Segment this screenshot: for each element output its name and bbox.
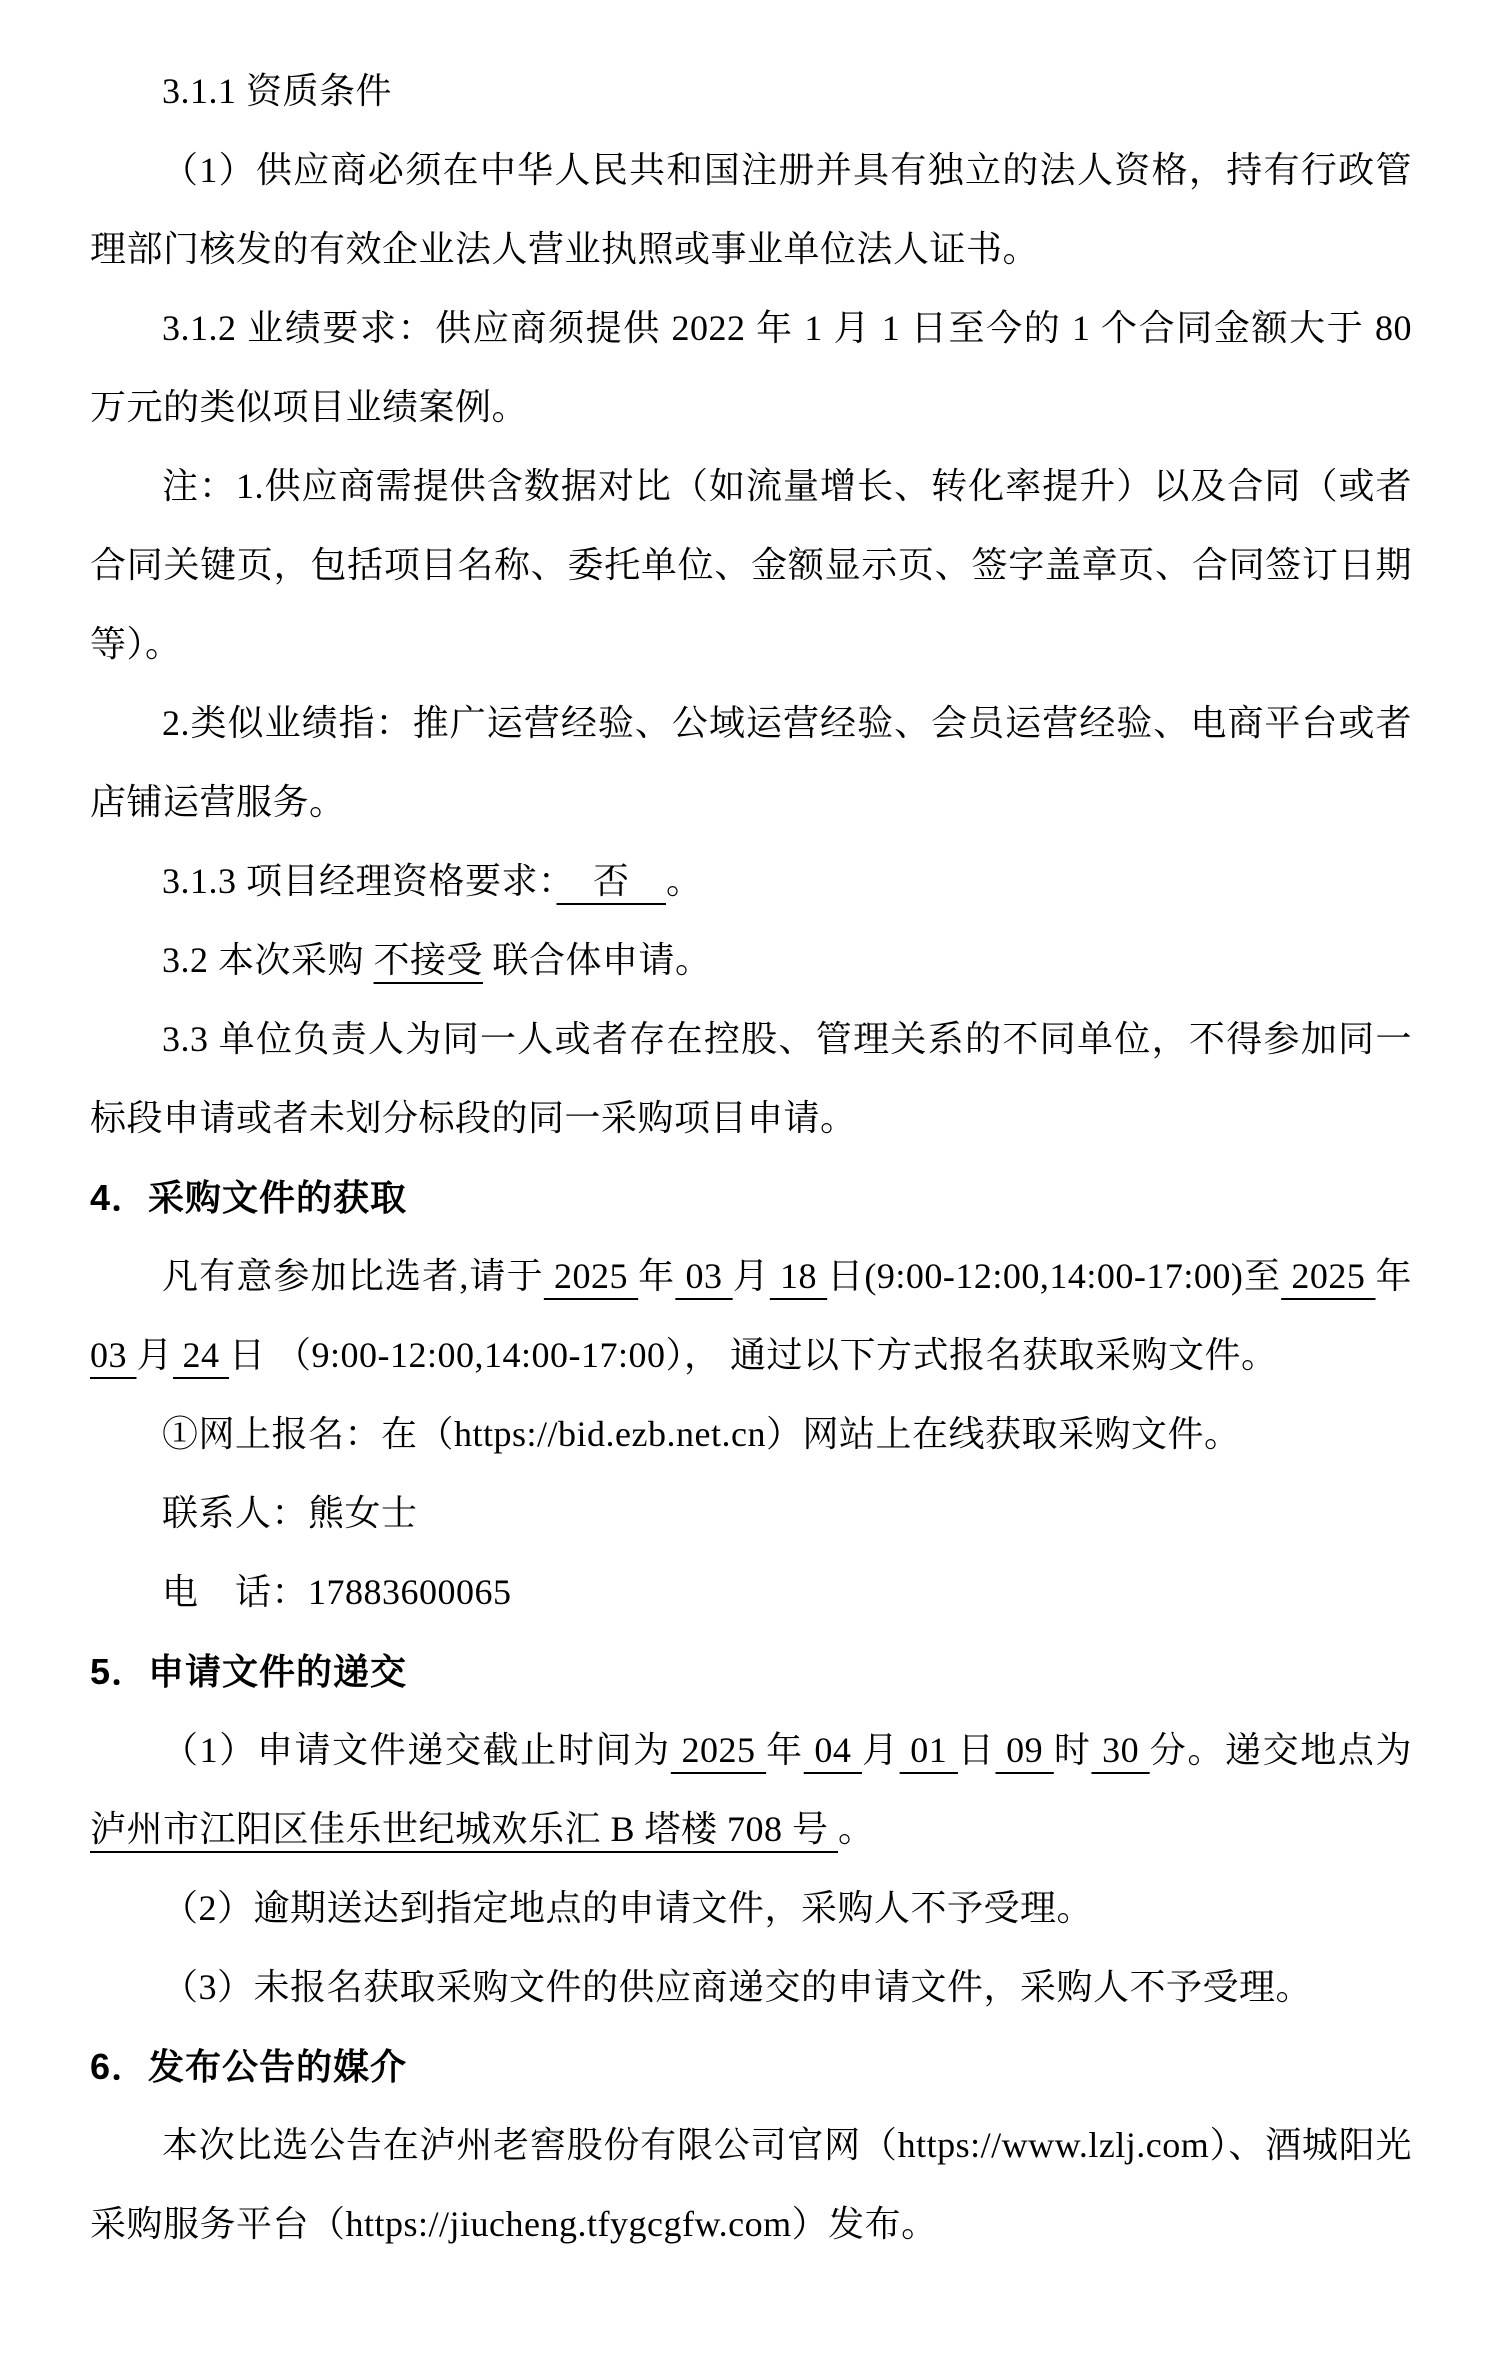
text-run: 3.1.2 业绩要求：供应商须提供 2022 年 1 月 1 日至今的 1 个合… bbox=[90, 308, 1412, 427]
text-run: 日 （9:00-12:00,14:00-17:00）， 通过以下方式报名获取采购… bbox=[229, 1335, 1278, 1375]
text-run: 注：1.供应商需提供含数据对比（如流量增长、转化率提升）以及合同（或者合同关键页… bbox=[90, 466, 1412, 664]
underlined-value: 03 bbox=[675, 1256, 732, 1296]
text-run: 。 bbox=[838, 1809, 875, 1849]
para-phone: 电 话：17883600065 bbox=[90, 1553, 1412, 1632]
text-run: （1）供应商必须在中华人民共和国注册并具有独立的法人资格，持有行政管理部门核发的… bbox=[90, 150, 1412, 269]
text-run: 日(9:00-12:00,14:00-17:00)至 bbox=[827, 1256, 1281, 1296]
text-run: 联合体申请。 bbox=[483, 940, 712, 980]
text-run: 电 话：17883600065 bbox=[162, 1572, 512, 1612]
para-3-2: 3.2 本次采购 不接受 联合体申请。 bbox=[90, 921, 1412, 1000]
para-note-1: 注：1.供应商需提供含数据对比（如流量增长、转化率提升）以及合同（或者合同关键页… bbox=[90, 447, 1412, 684]
para-3-1-1-title: 3.1.1 资质条件 bbox=[90, 52, 1412, 131]
underlined-value: 24 bbox=[173, 1335, 229, 1375]
text-run: 6．发布公告的媒介 bbox=[90, 2046, 407, 2087]
para-5-3: （3）未报名获取采购文件的供应商递交的申请文件，采购人不予受理。 bbox=[90, 1948, 1412, 2027]
underlined-value: 04 bbox=[804, 1730, 862, 1770]
text-run: 3.1.1 资质条件 bbox=[162, 71, 392, 111]
para-6-body: 本次比选公告在泸州老窖股份有限公司官网（https://www.lzlj.com… bbox=[90, 2106, 1412, 2264]
text-run: 凡有意参加比选者,请于 bbox=[162, 1256, 544, 1296]
para-3-1-2: 3.1.2 业绩要求：供应商须提供 2022 年 1 月 1 日至今的 1 个合… bbox=[90, 289, 1412, 447]
text-run: 日 bbox=[958, 1730, 996, 1770]
underlined-value: 2025 bbox=[1281, 1256, 1375, 1296]
para-3-1-1-item-1: （1）供应商必须在中华人民共和国注册并具有独立的法人资格，持有行政管理部门核发的… bbox=[90, 131, 1412, 289]
para-online-signup: ①网上报名：在（https://bid.ezb.net.cn）网站上在线获取采购… bbox=[90, 1395, 1412, 1474]
underlined-value: 否 bbox=[557, 861, 667, 901]
text-run: 月 bbox=[137, 1335, 174, 1375]
para-note-2: 2.类似业绩指：推广运营经验、公域运营经验、会员运营经验、电商平台或者店铺运营服… bbox=[90, 684, 1412, 842]
para-5-1: （1）申请文件递交截止时间为 2025 年 04 月 01 日 09 时 30 … bbox=[90, 1711, 1412, 1869]
underlined-value: 18 bbox=[770, 1256, 827, 1296]
text-run: 年 bbox=[638, 1256, 675, 1296]
text-run: 分。递交地点为 bbox=[1150, 1730, 1412, 1770]
text-run: 2.类似业绩指：推广运营经验、公域运营经验、会员运营经验、电商平台或者店铺运营服… bbox=[90, 703, 1412, 822]
text-run: 4．采购文件的获取 bbox=[90, 1177, 407, 1218]
para-3-1-3: 3.1.3 项目经理资格要求： 否 。 bbox=[90, 842, 1412, 921]
text-run: （2）逾期送达到指定地点的申请文件，采购人不予受理。 bbox=[162, 1888, 1093, 1928]
document-page: 3.1.1 资质条件（1）供应商必须在中华人民共和国注册并具有独立的法人资格，持… bbox=[0, 0, 1500, 2372]
text-run: 月 bbox=[733, 1256, 770, 1296]
underlined-value: 01 bbox=[900, 1730, 958, 1770]
underlined-value: 09 bbox=[996, 1730, 1054, 1770]
text-run: 3.2 本次采购 bbox=[162, 940, 374, 980]
underlined-value: 03 bbox=[90, 1335, 137, 1375]
underlined-value: 2025 bbox=[544, 1256, 638, 1296]
text-run: 年 bbox=[1376, 1256, 1413, 1296]
para-3-3: 3.3 单位负责人为同一人或者存在控股、管理关系的不同单位，不得参加同一标段申请… bbox=[90, 1000, 1412, 1158]
text-run: ①网上报名：在（https://bid.ezb.net.cn）网站上在线获取采购… bbox=[162, 1414, 1240, 1454]
text-run: 月 bbox=[862, 1730, 900, 1770]
underlined-value: 2025 bbox=[671, 1730, 766, 1770]
text-run: 3.3 单位负责人为同一人或者存在控股、管理关系的不同单位，不得参加同一标段申请… bbox=[90, 1019, 1412, 1138]
text-run: 。 bbox=[666, 861, 703, 901]
text-run: 联系人：熊女士 bbox=[162, 1493, 418, 1533]
underlined-value: 30 bbox=[1091, 1730, 1149, 1770]
para-contact-person: 联系人：熊女士 bbox=[90, 1474, 1412, 1553]
underlined-value: 不接受 bbox=[374, 940, 484, 980]
para-4-body: 凡有意参加比选者,请于 2025 年 03 月 18 日(9:00-12:00,… bbox=[90, 1237, 1412, 1395]
underlined-value: 泸州市江阳区佳乐世纪城欢乐汇 B 塔楼 708 号 bbox=[90, 1809, 838, 1849]
heading-5: 5．申请文件的递交 bbox=[90, 1632, 1412, 1711]
para-5-2: （2）逾期送达到指定地点的申请文件，采购人不予受理。 bbox=[90, 1869, 1412, 1948]
text-run: 年 bbox=[766, 1730, 804, 1770]
text-run: 3.1.3 项目经理资格要求： bbox=[162, 861, 557, 901]
text-run: （1）申请文件递交截止时间为 bbox=[162, 1730, 671, 1770]
text-run: 时 bbox=[1054, 1730, 1092, 1770]
text-run: 本次比选公告在泸州老窖股份有限公司官网（https://www.lzlj.com… bbox=[90, 2125, 1412, 2244]
text-run: 5．申请文件的递交 bbox=[90, 1651, 407, 1692]
heading-4: 4．采购文件的获取 bbox=[90, 1158, 1412, 1237]
document-body: 3.1.1 资质条件（1）供应商必须在中华人民共和国注册并具有独立的法人资格，持… bbox=[90, 52, 1412, 2264]
text-run: （3）未报名获取采购文件的供应商递交的申请文件，采购人不予受理。 bbox=[162, 1967, 1312, 2007]
heading-6: 6．发布公告的媒介 bbox=[90, 2027, 1412, 2106]
